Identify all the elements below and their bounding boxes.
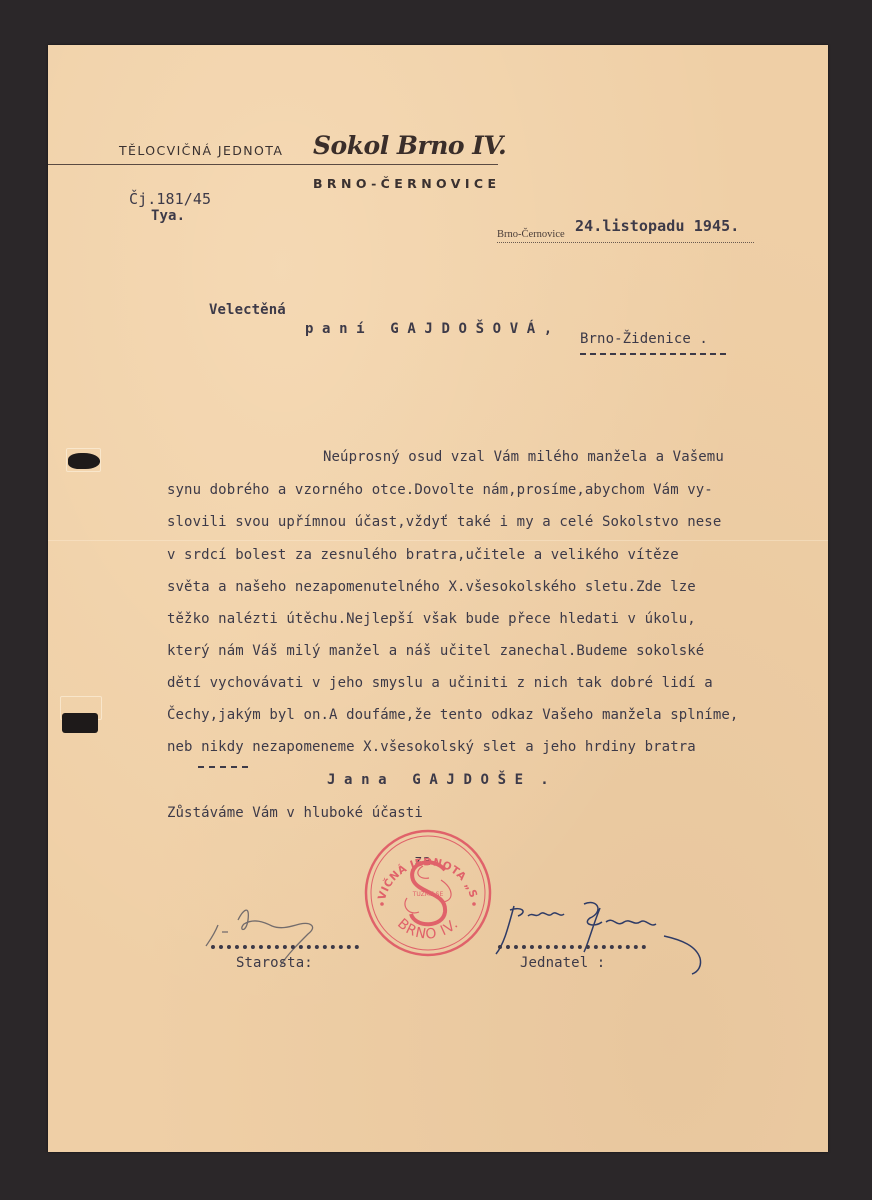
body-line: synu dobrého a vzorného otce.Dovolte nám…	[167, 482, 713, 498]
nikdy-underline	[198, 766, 248, 768]
body-line: těžko nalézti útěchu.Nejlepší však bude …	[167, 611, 696, 627]
body-line: slovili svou upřímnou účast,vždyť také i…	[167, 514, 721, 530]
svg-text:TUŽME SE: TUŽME SE	[412, 890, 444, 898]
punch-hole	[62, 713, 98, 733]
reference-number: Čj.181/45	[129, 190, 211, 208]
sokol-stamp: TĚLOCVIČNÁ JEDNOTA „SOKOL“ BRNO IV. TUŽM…	[363, 828, 493, 958]
svg-text:BRNO IV.: BRNO IV.	[394, 916, 462, 943]
body-line: Neúprosný osud vzal Vám milého manžela a…	[323, 449, 724, 465]
starosta-label: Starosta:	[236, 955, 313, 971]
body-line: dětí vychovávati v jeho smyslu a učiniti…	[167, 675, 713, 691]
jednatel-label: Jednatel :	[520, 955, 605, 971]
body-line: v srdcí bolest za zesnulého bratra,učite…	[167, 547, 679, 563]
letter-page: TĚLOCVIČNÁ JEDNOTA Sokol Brno IV. BRNO-Č…	[48, 45, 828, 1152]
paper-fold-line	[48, 540, 828, 541]
date-place: Brno-Černovice	[497, 229, 565, 240]
letterhead-rule	[48, 164, 498, 165]
recipient-name: p a n í G A J D O Š O V Á ,	[305, 321, 552, 337]
recipient-location: Brno-Židenice .	[580, 331, 708, 347]
closing-text: Zůstáváme Vám v hluboké účasti	[167, 805, 423, 821]
jednatel-dotted-line	[498, 945, 646, 949]
location-underline	[580, 353, 726, 355]
body-line: který nám Váš milý manžel a náš učitel z…	[167, 643, 704, 659]
body-line: Čechy,jakým byl on.A doufáme,že tento od…	[167, 707, 738, 723]
date-dotted-rule	[497, 242, 754, 243]
letterhead-city: BRNO-ČERNOVICE	[313, 176, 500, 191]
punch-hole	[68, 453, 100, 469]
deceased-name: J a n a G A J D O Š E .	[327, 772, 549, 788]
starosta-dotted-line	[211, 945, 359, 949]
body-line: neb nikdy nezapomeneme X.všesokolský sle…	[167, 739, 696, 755]
letterhead-org-prefix: TĚLOCVIČNÁ JEDNOTA	[119, 143, 283, 158]
body-line: světa a našeho nezapomenutelného X.všeso…	[167, 579, 696, 595]
date-value: 24.listopadu 1945.	[575, 217, 739, 235]
letterhead-org-name: Sokol Brno IV.	[313, 131, 506, 160]
reference-initials: Tya.	[151, 208, 185, 224]
salutation: Velectěná	[209, 302, 286, 318]
